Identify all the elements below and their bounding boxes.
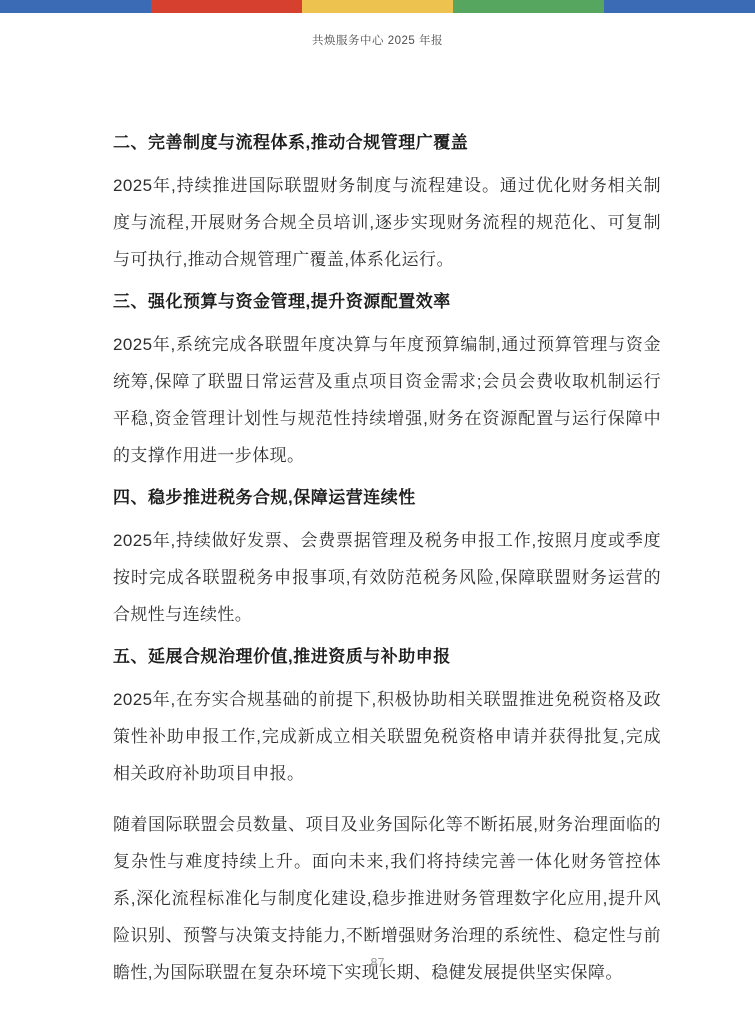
- section-paragraph-2: 2025年,持续推进国际联盟财务制度与流程建设。通过优化财务相关制度与流程,开展…: [113, 167, 661, 278]
- brand-color-bar: [0, 0, 755, 13]
- color-bar-segment-red: [151, 0, 302, 13]
- color-bar-segment-blue-left: [0, 0, 151, 13]
- section-heading-2: 二、完善制度与流程体系,推动合规管理广覆盖: [113, 131, 661, 155]
- document-body: 二、完善制度与流程体系,推动合规管理广覆盖 2025年,持续推进国际联盟财务制度…: [113, 131, 661, 1003]
- section-paragraph-4: 2025年,持续做好发票、会费票据管理及税务申报工作,按照月度或季度按时完成各联…: [113, 522, 661, 633]
- report-page: 共焕服务中心 2025 年报 二、完善制度与流程体系,推动合规管理广覆盖 202…: [0, 0, 755, 1024]
- color-bar-segment-green: [453, 0, 604, 13]
- section-paragraph-5: 2025年,在夯实合规基础的前提下,积极协助相关联盟推进免税资格及政策性补助申报…: [113, 681, 661, 792]
- page-number: 87: [0, 956, 755, 970]
- color-bar-segment-yellow: [302, 0, 453, 13]
- section-heading-5: 五、延展合规治理价值,推进资质与补助申报: [113, 645, 661, 669]
- running-header-title: 共焕服务中心 2025 年报: [0, 32, 755, 48]
- color-bar-segment-blue-right: [604, 0, 755, 13]
- section-heading-4: 四、稳步推进税务合规,保障运营连续性: [113, 486, 661, 510]
- section-heading-3: 三、强化预算与资金管理,提升资源配置效率: [113, 290, 661, 314]
- section-paragraph-3: 2025年,系统完成各联盟年度决算与年度预算编制,通过预算管理与资金统筹,保障了…: [113, 326, 661, 474]
